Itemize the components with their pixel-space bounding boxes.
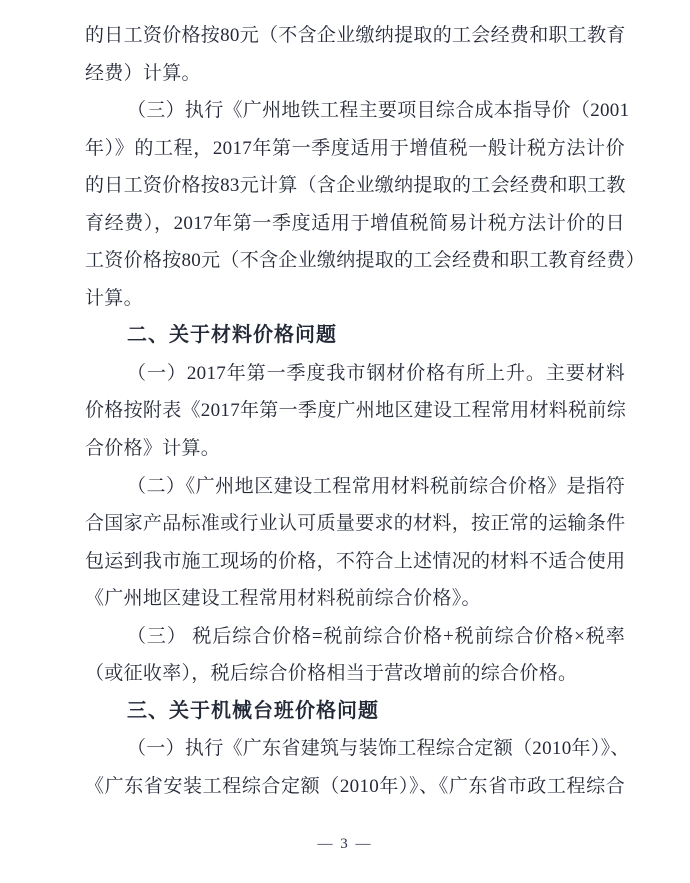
- body-text-line: 合价格》计算。: [85, 430, 625, 468]
- document-text-block: 的日工资价格按80元（不含企业缴纳提取的工会经费和职工教育 经费）计算。 （三）…: [85, 17, 625, 805]
- body-text-line: （三） 税后综合价格=税前综合价格+税前综合价格×税率: [85, 618, 625, 656]
- body-text-line: 的日工资价格按83元计算（含企业缴纳提取的工会经费和职工教: [85, 167, 625, 205]
- body-text-line: 价格按附表《2017年第一季度广州地区建设工程常用材料税前综: [85, 392, 625, 430]
- body-text-line: 合国家产品标准或行业认可质量要求的材料，按正常的运输条件: [85, 505, 625, 543]
- body-text-line: （或征收率），税后综合价格相当于营改增前的综合价格。: [85, 655, 625, 693]
- document-page: 的日工资价格按80元（不含企业缴纳提取的工会经费和职工教育 经费）计算。 （三）…: [0, 0, 690, 883]
- body-text-line: 工资价格按80元（不含企业缴纳提取的工会经费和职工教育经费）: [85, 242, 625, 280]
- body-text-line: 计算。: [85, 280, 625, 318]
- section-heading-material-prices: 二、关于材料价格问题: [85, 317, 625, 355]
- section-heading-machinery-prices: 三、关于机械台班价格问题: [85, 693, 625, 731]
- body-text-line: （一）2017年第一季度我市钢材价格有所上升。主要材料: [85, 355, 625, 393]
- body-text-line: 经费）计算。: [85, 55, 625, 93]
- page-number: — 3 —: [0, 836, 690, 853]
- body-text-line: 育经费），2017年第一季度适用于增值税简易计税方法计价的日: [85, 205, 625, 243]
- body-text-line: 《广东省安装工程综合定额（2010年）》、《广东省市政工程综合: [85, 768, 625, 806]
- body-text-line: （二）《广州地区建设工程常用材料税前综合价格》是指符: [85, 468, 625, 506]
- body-text-line: 包运到我市施工现场的价格，不符合上述情况的材料不适合使用: [85, 543, 625, 581]
- body-text-line: 的日工资价格按80元（不含企业缴纳提取的工会经费和职工教育: [85, 17, 625, 55]
- body-text-line: （三）执行《广州地铁工程主要项目综合成本指导价（2001: [85, 92, 625, 130]
- body-text-line: 《广州地区建设工程常用材料税前综合价格》。: [85, 580, 625, 618]
- body-text-line: 年）》的工程，2017年第一季度适用于增值税一般计税方法计价: [85, 130, 625, 168]
- body-text-line: （一）执行《广东省建筑与装饰工程综合定额（2010年）》、: [85, 730, 625, 768]
